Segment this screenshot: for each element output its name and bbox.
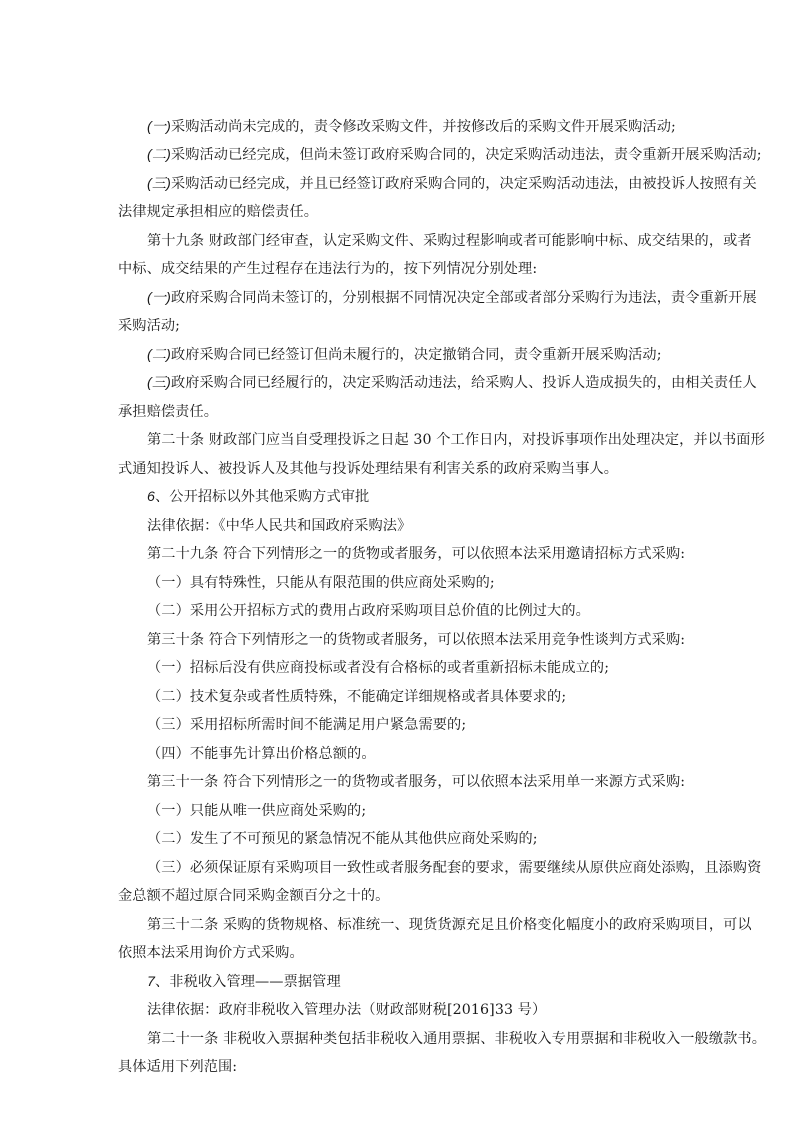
line-text: 金总额不超过原合同采购金额百分之十的。	[118, 888, 389, 904]
line-prefix: 6	[147, 489, 155, 505]
text-line: 依照本法采用询价方式采购。	[118, 939, 768, 967]
text-line: (二)政府采购合同已经签订但尚未履行的，决定撤销合同，责令重新开展采购活动;	[147, 341, 768, 369]
text-line: （二）发生了不可预见的紧急情况不能从其他供应商处采购的;	[147, 825, 768, 853]
text-line: (三)采购活动已经完成，并且已经签订政府采购合同的，决定采购活动违法，由被投诉人…	[147, 170, 768, 198]
text-line: 法律规定承担相应的赔偿责任。	[118, 198, 768, 226]
line-text: 第三十二条 采购的货物规格、标准统一、现货货源充足且价格变化幅度小的政府采购项目…	[147, 917, 752, 933]
line-text: 政府采购合同尚未签订的，分别根据不同情况决定全部或者部分采购行为违法，责令重新开…	[171, 290, 757, 306]
line-text: （三）必须保证原有采购项目一致性或者服务配套的要求，需要继续从原供应商处添购，且…	[147, 860, 761, 876]
line-prefix: (三)	[147, 176, 171, 192]
text-line: 中标、成交结果的产生过程存在违法行为的，按下列情况分别处理:	[118, 255, 768, 283]
line-prefix: 7	[147, 974, 155, 990]
line-text: 、非税收入管理——票据管理	[155, 974, 341, 990]
line-text: 依照本法采用询价方式采购。	[118, 945, 304, 961]
text-line: 承担赔偿责任。	[118, 398, 768, 426]
line-text: （二）采用公开招标方式的费用占政府采购项目总价值的比例过大的。	[147, 603, 590, 619]
line-text: （三）采用招标所需时间不能满足用户紧急需要的;	[147, 717, 466, 733]
line-text: 承担赔偿责任。	[118, 404, 218, 420]
line-text: 第三十一条 符合下列情形之一的货物或者服务，可以依照本法采用单一来源方式采购:	[147, 774, 685, 790]
line-text: 政府采购合同已经履行的，决定采购活动违法，给采购人、投诉人造成损失的，由相关责任…	[171, 375, 757, 391]
text-line: 6、公开招标以外其他采购方式审批	[147, 483, 768, 511]
text-line: (一)采购活动尚未完成的，责令修改采购文件，并按修改后的采购文件开展采购活动;	[147, 113, 768, 141]
line-text: （一）招标后没有供应商投标或者没有合格标的或者重新招标未能成立的;	[147, 660, 609, 676]
line-text: （一）具有特殊性，只能从有限范围的供应商处采购的;	[147, 575, 495, 591]
line-text: 采购活动已经完成，但尚未签订政府采购合同的，决定采购活动违法，责令重新开展采购活…	[171, 147, 762, 163]
line-text: 采购活动尚未完成的，责令修改采购文件，并按修改后的采购文件开展采购活动;	[171, 119, 676, 135]
text-line: 法律依据：《中华人民共和国政府采购法》	[147, 512, 768, 540]
line-text: 法律规定承担相应的赔偿责任。	[118, 204, 318, 220]
text-line: （一）具有特殊性，只能从有限范围的供应商处采购的;	[147, 569, 768, 597]
text-line: 7、非税收入管理——票据管理	[147, 968, 768, 996]
text-line: 第三十条 符合下列情形之一的货物或者服务，可以依照本法采用竞争性谈判方式采购:	[147, 626, 768, 654]
line-text: 法律依据：政府非税收入管理办法（财政部财税[2016]33 号）	[147, 1002, 546, 1018]
text-line: 第二十一条 非税收入票据种类包括非税收入通用票据、非税收入专用票据和非税收入一般…	[147, 1025, 768, 1053]
line-text: 采购活动已经完成，并且已经签订政府采购合同的，决定采购活动违法，由被投诉人按照有…	[171, 176, 757, 192]
text-line: 具体适用下列范围:	[118, 1053, 768, 1081]
document-page: (一)采购活动尚未完成的，责令修改采购文件，并按修改后的采购文件开展采购活动;(…	[0, 0, 793, 1122]
text-line: 第二十九条 符合下列情形之一的货物或者服务，可以依照本法采用邀请招标方式采购:	[147, 540, 768, 568]
line-prefix: (二)	[147, 347, 171, 363]
text-line: (三)政府采购合同已经履行的，决定采购活动违法，给采购人、投诉人造成损失的，由相…	[147, 369, 768, 397]
text-line: (一)政府采购合同尚未签订的，分别根据不同情况决定全部或者部分采购行为违法，责令…	[147, 284, 768, 312]
text-line: 金总额不超过原合同采购金额百分之十的。	[118, 882, 768, 910]
text-line: （一）只能从唯一供应商处采购的;	[147, 797, 768, 825]
text-line: （三）采用招标所需时间不能满足用户紧急需要的;	[147, 711, 768, 739]
line-text: 具体适用下列范围:	[118, 1059, 237, 1075]
line-text: 采购活动;	[118, 318, 180, 334]
text-line: 第十九条 财政部门经审查，认定采购文件、采购过程影响或者可能影响中标、成交结果的…	[147, 227, 768, 255]
line-text: （二）发生了不可预见的紧急情况不能从其他供应商处采购的;	[147, 831, 538, 847]
line-text: 政府采购合同已经签订但尚未履行的，决定撤销合同，责令重新开展采购活动;	[171, 347, 662, 363]
line-prefix: (三)	[147, 375, 171, 391]
line-text: 第二十条 财政部门应当自受理投诉之日起 30 个工作日内，对投诉事项作出处理决定…	[147, 432, 765, 448]
text-line: （一）招标后没有供应商投标或者没有合格标的或者重新招标未能成立的;	[147, 654, 768, 682]
line-text: 第二十一条 非税收入票据种类包括非税收入通用票据、非税收入专用票据和非税收入一般…	[147, 1031, 766, 1047]
line-text: 第十九条 财政部门经审查，认定采购文件、采购过程影响或者可能影响中标、成交结果的…	[147, 233, 752, 249]
line-text: 第三十条 符合下列情形之一的货物或者服务，可以依照本法采用竞争性谈判方式采购:	[147, 632, 685, 648]
line-text: 式通知投诉人、被投诉人及其他与投诉处理结果有利害关系的政府采购当事人。	[118, 461, 618, 477]
line-text: （二）技术复杂或者性质特殊，不能确定详细规格或者具体要求的;	[147, 689, 566, 705]
line-prefix: (二)	[147, 147, 171, 163]
text-line: 法律依据：政府非税收入管理办法（财政部财税[2016]33 号）	[147, 996, 768, 1024]
line-text: 第二十九条 符合下列情形之一的货物或者服务，可以依照本法采用邀请招标方式采购:	[147, 546, 685, 562]
text-line: (二)采购活动已经完成，但尚未签订政府采购合同的，决定采购活动违法，责令重新开展…	[147, 141, 768, 169]
text-line: 第三十二条 采购的货物规格、标准统一、现货货源充足且价格变化幅度小的政府采购项目…	[147, 911, 768, 939]
line-text: 法律依据：《中华人民共和国政府采购法》	[147, 518, 411, 534]
line-text: 中标、成交结果的产生过程存在违法行为的，按下列情况分别处理:	[118, 261, 537, 277]
text-line: （二）技术复杂或者性质特殊，不能确定详细规格或者具体要求的;	[147, 683, 768, 711]
text-line: 式通知投诉人、被投诉人及其他与投诉处理结果有利害关系的政府采购当事人。	[118, 455, 768, 483]
text-line: （三）必须保证原有采购项目一致性或者服务配套的要求，需要继续从原供应商处添购，且…	[147, 854, 768, 882]
text-line: 第三十一条 符合下列情形之一的货物或者服务，可以依照本法采用单一来源方式采购:	[147, 768, 768, 796]
line-prefix: (一)	[147, 290, 171, 306]
text-line: （二）采用公开招标方式的费用占政府采购项目总价值的比例过大的。	[147, 597, 768, 625]
text-line: 采购活动;	[118, 312, 768, 340]
line-text: （一）只能从唯一供应商处采购的;	[147, 803, 366, 819]
line-prefix: (一)	[147, 119, 171, 135]
text-line: （四）不能事先计算出价格总额的。	[147, 740, 768, 768]
line-text: 、公开招标以外其他采购方式审批	[155, 489, 369, 505]
text-line: 第二十条 财政部门应当自受理投诉之日起 30 个工作日内，对投诉事项作出处理决定…	[147, 426, 768, 454]
line-text: （四）不能事先计算出价格总额的。	[147, 746, 376, 762]
